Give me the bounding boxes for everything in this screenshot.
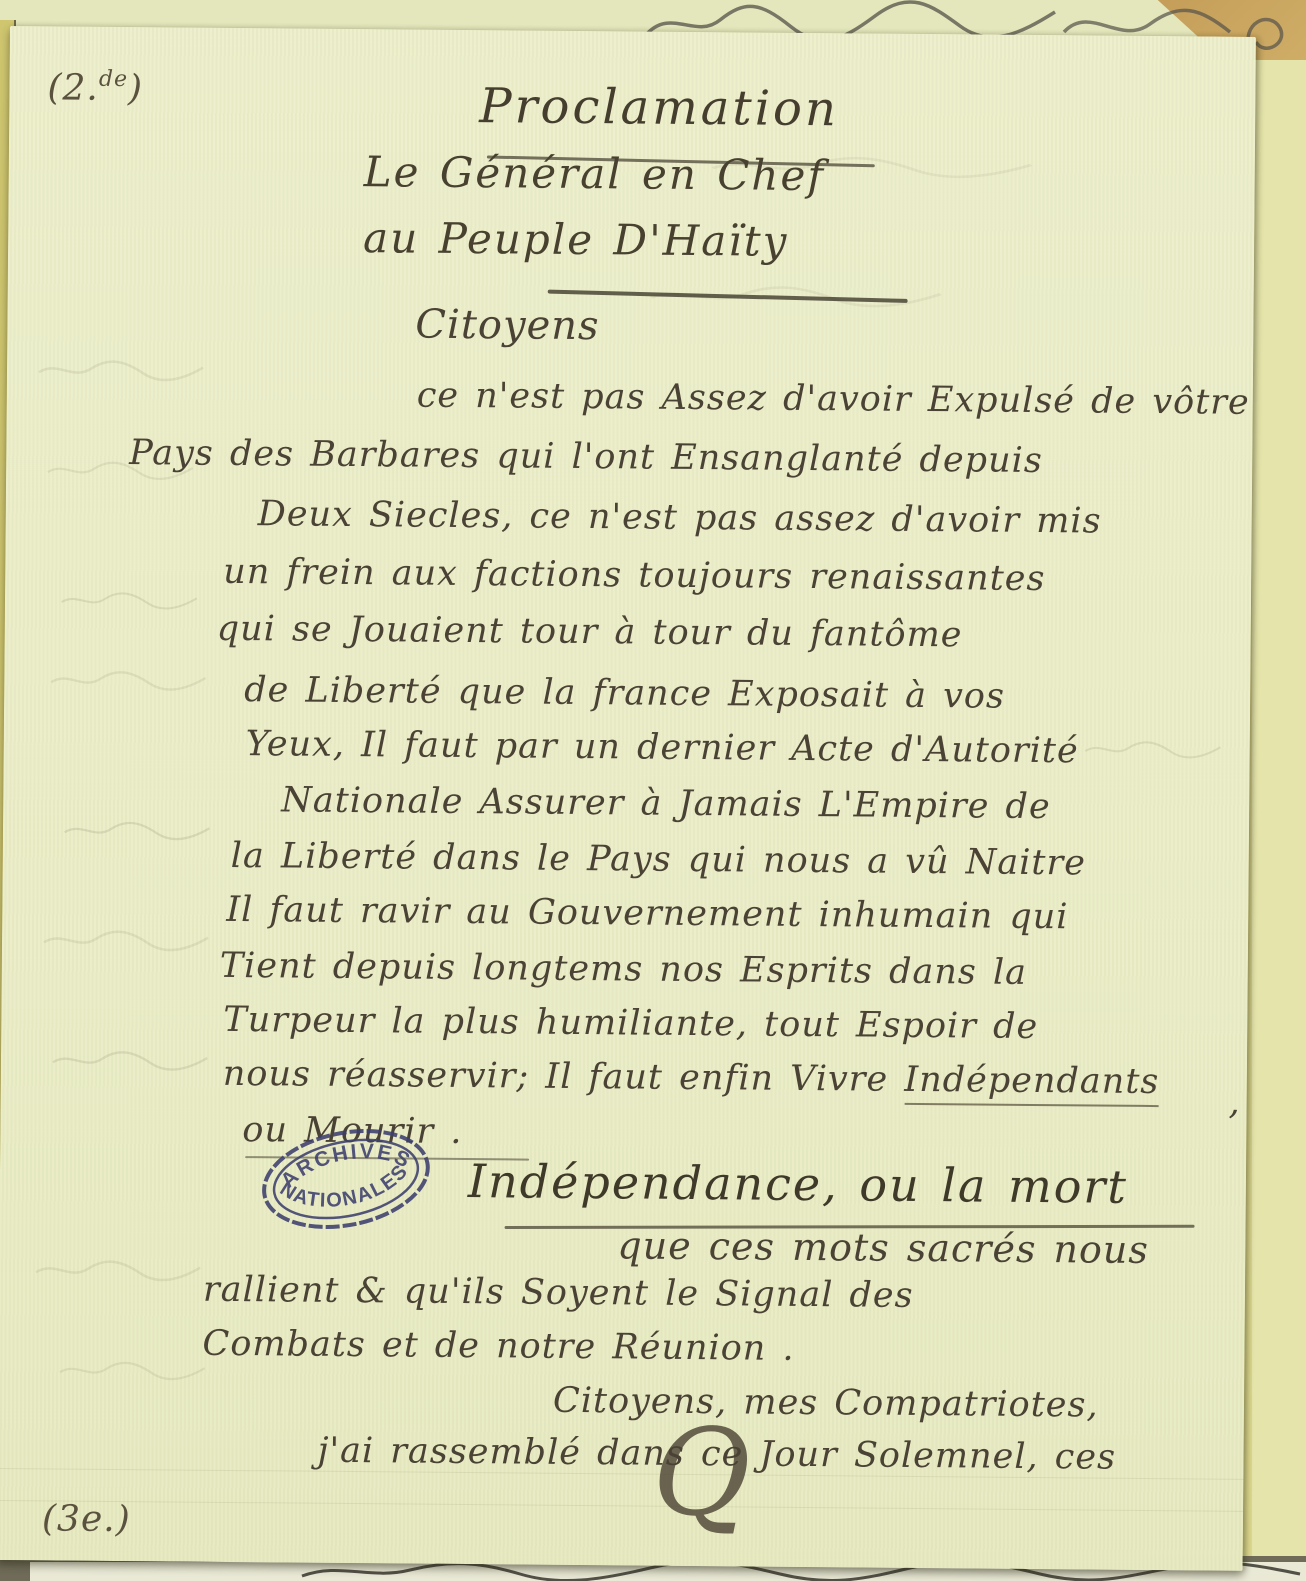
independance-ou-la-mort: Indépendance, ou la mort bbox=[468, 1154, 1128, 1214]
folio-mark-bottom: (3e.) bbox=[42, 1498, 131, 1540]
folio-mark-close: ) bbox=[128, 68, 143, 109]
document-title: Proclamation bbox=[479, 78, 839, 137]
manuscript-line: nous réasservir; Il faut enfin Vivre Ind… bbox=[223, 1054, 1160, 1102]
heading-line3-haity: D'Haïty bbox=[613, 215, 788, 266]
manuscript-page: (2.de) Proclamation Le Général en Chef a… bbox=[0, 26, 1256, 1571]
manuscript-line: Tient depuis longtems nos Esprits dans l… bbox=[220, 946, 1028, 993]
bleedthrough-mark bbox=[58, 1356, 208, 1385]
stray-comma: , bbox=[1228, 1083, 1240, 1123]
folio-mark-base: (2. bbox=[47, 67, 99, 108]
manuscript-line: Citoyens, mes Compatriotes, bbox=[553, 1381, 1099, 1426]
line13-independants: Indépendants bbox=[904, 1060, 1159, 1107]
manuscript-line: Combats et de notre Réunion . bbox=[202, 1324, 794, 1369]
heading-line2: Le Général en Chef bbox=[364, 147, 826, 200]
bleedthrough-mark bbox=[34, 1256, 204, 1285]
salutation: Citoyens bbox=[415, 302, 600, 350]
manuscript-line: Nationale Assurer à Jamais L'Empire de bbox=[281, 780, 1051, 827]
heading-line3: au Peuple D'Haïty bbox=[363, 213, 789, 266]
heading-line3-prefix: au Peuple bbox=[363, 213, 614, 264]
paper-crease bbox=[0, 1500, 1243, 1512]
line13-prefix: nous réasservir; Il faut enfin Vivre bbox=[223, 1054, 905, 1100]
scanned-manuscript: { "page": { "marks": { "top_left_base": … bbox=[0, 0, 1306, 1581]
bleedthrough-mark bbox=[49, 666, 209, 695]
manuscript-line: qui se Jouaient tour à tour du fantôme bbox=[217, 609, 963, 656]
manuscript-line: la Liberté dans le Pays qui nous a vû Na… bbox=[231, 836, 1086, 883]
bleedthrough-mark bbox=[60, 586, 200, 615]
manuscript-line: Il faut ravir au Gouvernement inhumain q… bbox=[226, 890, 1069, 937]
bleedthrough-mark bbox=[1084, 735, 1224, 764]
manuscript-line: Turpeur la plus humiliante, tout Espoir … bbox=[223, 1000, 1038, 1047]
folio-mark-top: (2.de) bbox=[47, 66, 143, 109]
bleedthrough-mark bbox=[63, 816, 213, 845]
manuscript-line: de Liberté que la france Exposait à vos bbox=[244, 670, 1005, 717]
manuscript-line: rallient & qu'ils Soyent le Signal des bbox=[203, 1270, 914, 1316]
bleedthrough-mark bbox=[51, 1046, 211, 1075]
manuscript-line: Yeux, Il faut par un dernier Acte d'Auto… bbox=[246, 724, 1079, 771]
manuscript-line: Deux Siecles, ce n'est pas assez d'avoir… bbox=[258, 494, 1102, 541]
manuscript-line: que ces mots sacrés nous bbox=[617, 1223, 1149, 1272]
folio-mark-sup: de bbox=[99, 67, 128, 92]
catchword-flourish: Q bbox=[652, 1404, 753, 1544]
sheet-behind-right bbox=[1252, 60, 1306, 1560]
manuscript-line: ce n'est pas Assez d'avoir Expulsé de vô… bbox=[417, 376, 1250, 423]
bleedthrough-mark bbox=[37, 356, 207, 385]
manuscript-line: un frein aux factions toujours renaissan… bbox=[223, 552, 1046, 599]
manuscript-line: Pays des Barbares qui l'ont Ensanglanté … bbox=[129, 433, 1043, 481]
bleedthrough-mark bbox=[42, 926, 212, 955]
